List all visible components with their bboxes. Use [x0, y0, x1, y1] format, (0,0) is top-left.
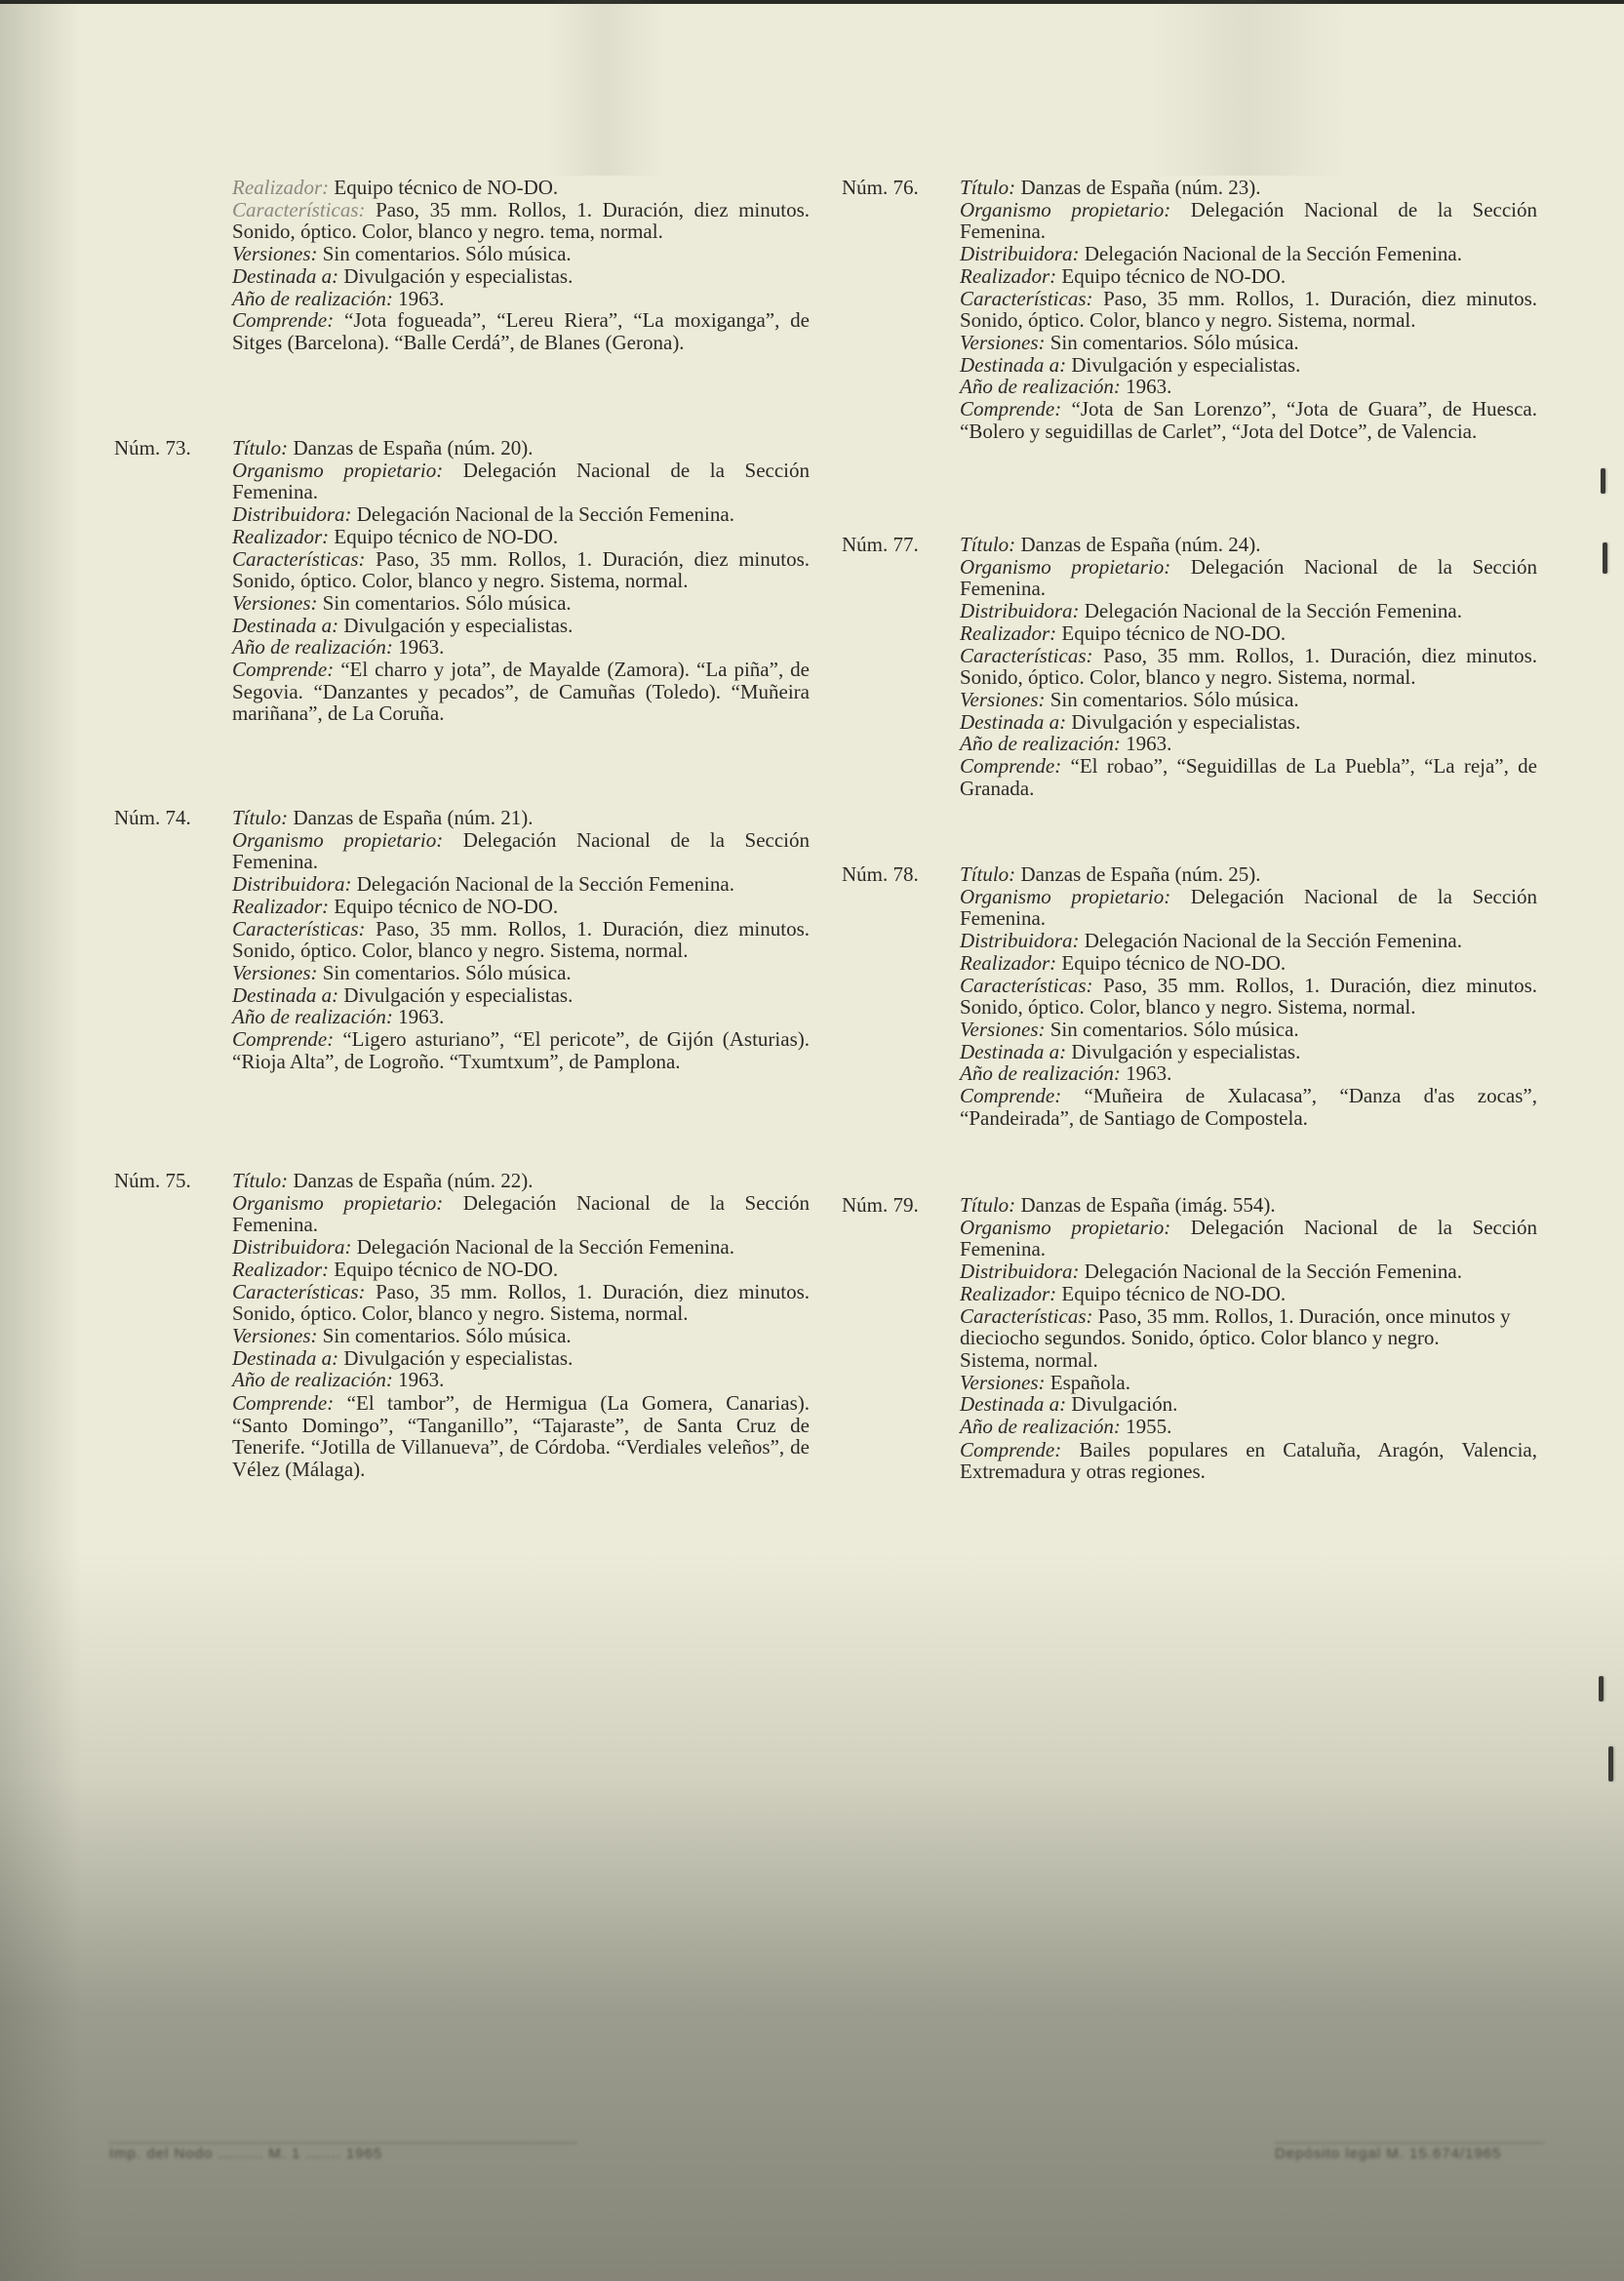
entry-body: Título: Danzas de España (núm. 21). Orga… — [232, 807, 810, 1072]
destinada-value: Divulgación y especialistas. — [343, 1346, 573, 1370]
field-label: Realizador: — [232, 1258, 329, 1281]
field-label: Año de realización: — [232, 287, 393, 310]
field-label: Comprende: — [960, 397, 1061, 420]
field-label: Distribuidora: — [960, 929, 1080, 952]
field-label: Destinada a: — [960, 710, 1066, 734]
entry-number: Núm. 76. — [842, 177, 919, 199]
field-label: Características: — [232, 917, 366, 940]
field-label: Año de realización: — [232, 1368, 393, 1391]
titulo-value: Danzas de España (imág. 554). — [1020, 1193, 1275, 1217]
field-label: Organismo propietario: — [960, 885, 1170, 908]
entry-number: Núm. 77. — [842, 534, 919, 556]
field-label: Título: — [232, 436, 288, 460]
entry-body: Realizador: Equipo técnico de NO-DO. Car… — [232, 177, 810, 354]
versiones-value: Sin comentarios. Sólo música. — [1050, 1018, 1299, 1041]
entry-body: Título: Danzas de España (núm. 24). Orga… — [960, 534, 1537, 799]
realizador-value: Equipo técnico de NO-DO. — [334, 525, 558, 548]
field-label: Versiones: — [232, 591, 318, 615]
field-label: Características: — [960, 1304, 1093, 1328]
destinada-value: Divulgación y especialistas. — [343, 264, 573, 288]
destinada-value: Divulgación. — [1071, 1392, 1177, 1416]
field-label: Características: — [232, 547, 366, 571]
titulo-value: Danzas de España (núm. 21). — [293, 806, 533, 829]
field-label: Destinada a: — [232, 983, 338, 1007]
field-label: Distribuidora: — [232, 502, 352, 526]
field-label: Título: — [960, 862, 1015, 886]
field-label: Características: — [232, 198, 366, 221]
field-label: Año de realización: — [960, 1061, 1121, 1085]
scan-top-edge — [0, 0, 1624, 4]
field-label: Título: — [960, 533, 1015, 556]
versiones-value: Sin comentarios. Sólo música. — [323, 591, 572, 615]
field-label: Año de realización: — [232, 635, 393, 659]
paper-fold-shadow — [546, 0, 663, 176]
field-label: Distribuidora: — [232, 1235, 352, 1259]
field-label: Organismo propietario: — [232, 828, 443, 852]
field-label: Título: — [232, 1169, 288, 1192]
field-label: Organismo propietario: — [232, 459, 443, 482]
field-label: Realizador: — [960, 264, 1056, 288]
field-label: Distribuidora: — [232, 872, 352, 896]
field-label: Versiones: — [960, 1371, 1046, 1394]
realizador-value: Equipo técnico de NO-DO. — [1061, 1282, 1286, 1305]
anio-value: 1963. — [1126, 1061, 1171, 1085]
destinada-value: Divulgación y especialistas. — [343, 983, 573, 1007]
distribuidora-value: Delegación Nacional de la Sección Femeni… — [1085, 242, 1462, 265]
field-label: Destinada a: — [232, 614, 338, 637]
anio-value: 1963. — [1126, 375, 1171, 398]
field-label: Versiones: — [960, 1018, 1046, 1041]
anio-value: 1963. — [398, 287, 444, 310]
field-label: Versiones: — [232, 961, 318, 984]
field-label: Título: — [960, 1193, 1015, 1217]
titulo-value: Danzas de España (núm. 23). — [1020, 176, 1260, 199]
versiones-value: Sin comentarios. Sólo música. — [323, 1324, 572, 1347]
field-label: Realizador: — [232, 525, 329, 548]
titulo-value: Danzas de España (núm. 22). — [293, 1169, 533, 1192]
field-label: Año de realización: — [960, 1415, 1121, 1438]
field-label: Versiones: — [232, 242, 318, 265]
entry-number: Núm. 78. — [842, 863, 919, 886]
field-label: Comprende: — [960, 1438, 1061, 1461]
field-label: Destinada a: — [960, 1392, 1066, 1416]
entry-body: Título: Danzas de España (núm. 20). Orga… — [232, 437, 810, 725]
anio-value: 1963. — [1126, 732, 1171, 755]
staple-mark — [1603, 542, 1607, 574]
printer-imprint: Imp. del Nodo ......... M. 1 ....... 196… — [109, 2142, 577, 2163]
sistema-value: Sistema, normal. — [960, 1349, 1537, 1372]
distribuidora-value: Delegación Nacional de la Sección Femeni… — [357, 872, 734, 896]
staple-mark — [1601, 468, 1605, 494]
entry-number: Núm. 75. — [114, 1170, 191, 1192]
realizador-value: Equipo técnico de NO-DO. — [334, 895, 558, 918]
field-label: Realizador: — [232, 176, 329, 199]
field-label: Comprende: — [960, 1084, 1061, 1107]
realizador-value: Equipo técnico de NO-DO. — [1061, 621, 1286, 645]
entry-body: Título: Danzas de España (núm. 25). Orga… — [960, 863, 1537, 1129]
distribuidora-value: Delegación Nacional de la Sección Femeni… — [1085, 599, 1462, 622]
anio-value: 1963. — [398, 635, 444, 659]
field-label: Organismo propietario: — [960, 198, 1170, 221]
field-label: Distribuidora: — [960, 242, 1080, 265]
field-label: Título: — [960, 176, 1015, 199]
field-label: Distribuidora: — [960, 1260, 1080, 1283]
field-label: Realizador: — [960, 1282, 1056, 1305]
versiones-value: Sin comentarios. Sólo música. — [323, 242, 572, 265]
field-label: Organismo propietario: — [960, 555, 1170, 579]
titulo-value: Danzas de España (núm. 24). — [1020, 533, 1260, 556]
destinada-value: Divulgación y especialistas. — [1071, 1040, 1300, 1063]
legal-deposit-note: Depósito legal M. 15.674/1965 — [1275, 2142, 1544, 2163]
entry-number: Núm. 73. — [114, 437, 191, 460]
anio-value: 1955. — [1126, 1415, 1171, 1438]
versiones-value: Sin comentarios. Sólo música. — [323, 961, 572, 984]
field-label: Versiones: — [232, 1324, 318, 1347]
versiones-value: Española. — [1050, 1371, 1130, 1394]
entry-body: Título: Danzas de España (imág. 554). Or… — [960, 1194, 1537, 1483]
destinada-value: Divulgación y especialistas. — [343, 614, 573, 637]
field-label: Comprende: — [232, 658, 334, 681]
destinada-value: Divulgación y especialistas. — [1071, 710, 1300, 734]
staple-mark — [1608, 1746, 1613, 1781]
field-label: Destinada a: — [232, 264, 338, 288]
distribuidora-value: Delegación Nacional de la Sección Femeni… — [1085, 1260, 1462, 1283]
field-label: Organismo propietario: — [960, 1216, 1170, 1239]
field-label: Organismo propietario: — [232, 1191, 443, 1215]
field-label: Comprende: — [232, 308, 334, 332]
field-label: Comprende: — [232, 1027, 334, 1051]
anio-value: 1963. — [398, 1368, 444, 1391]
field-label: Realizador: — [232, 895, 329, 918]
field-label: Distribuidora: — [960, 599, 1080, 622]
titulo-value: Danzas de España (núm. 20). — [293, 436, 533, 460]
entry-body: Título: Danzas de España (núm. 23). Orga… — [960, 177, 1537, 442]
realizador-value: Equipo técnico de NO-DO. — [334, 176, 558, 199]
field-label: Características: — [960, 644, 1093, 667]
entry-body: Título: Danzas de España (núm. 22). Orga… — [232, 1170, 810, 1481]
entry-number: Núm. 74. — [114, 807, 191, 829]
destinada-value: Divulgación y especialistas. — [1071, 353, 1300, 377]
field-label: Características: — [960, 974, 1093, 997]
field-label: Destinada a: — [232, 1346, 338, 1370]
field-label: Versiones: — [960, 688, 1046, 711]
field-label: Realizador: — [960, 621, 1056, 645]
field-label: Realizador: — [960, 951, 1056, 975]
field-label: Versiones: — [960, 331, 1046, 354]
field-label: Características: — [232, 1280, 366, 1303]
field-label: Título: — [232, 806, 288, 829]
paper-fold-shadow — [1151, 0, 1346, 176]
anio-value: 1963. — [398, 1005, 444, 1028]
field-label: Destinada a: — [960, 1040, 1066, 1063]
field-label: Destinada a: — [960, 353, 1066, 377]
field-label: Año de realización: — [232, 1005, 393, 1028]
titulo-value: Danzas de España (núm. 25). — [1020, 862, 1260, 886]
field-label: Comprende: — [232, 1391, 334, 1415]
distribuidora-value: Delegación Nacional de la Sección Femeni… — [357, 1235, 734, 1259]
realizador-value: Equipo técnico de NO-DO. — [1061, 264, 1286, 288]
versiones-value: Sin comentarios. Sólo música. — [1050, 688, 1299, 711]
field-label: Características: — [960, 287, 1093, 310]
staple-mark — [1599, 1676, 1604, 1701]
versiones-value: Sin comentarios. Sólo música. — [1050, 331, 1299, 354]
field-label: Año de realización: — [960, 375, 1121, 398]
distribuidora-value: Delegación Nacional de la Sección Femeni… — [1085, 929, 1462, 952]
realizador-value: Equipo técnico de NO-DO. — [1061, 951, 1286, 975]
field-label: Comprende: — [960, 754, 1061, 778]
realizador-value: Equipo técnico de NO-DO. — [334, 1258, 558, 1281]
entry-number: Núm. 79. — [842, 1194, 919, 1217]
field-label: Año de realización: — [960, 732, 1121, 755]
distribuidora-value: Delegación Nacional de la Sección Femeni… — [357, 502, 734, 526]
